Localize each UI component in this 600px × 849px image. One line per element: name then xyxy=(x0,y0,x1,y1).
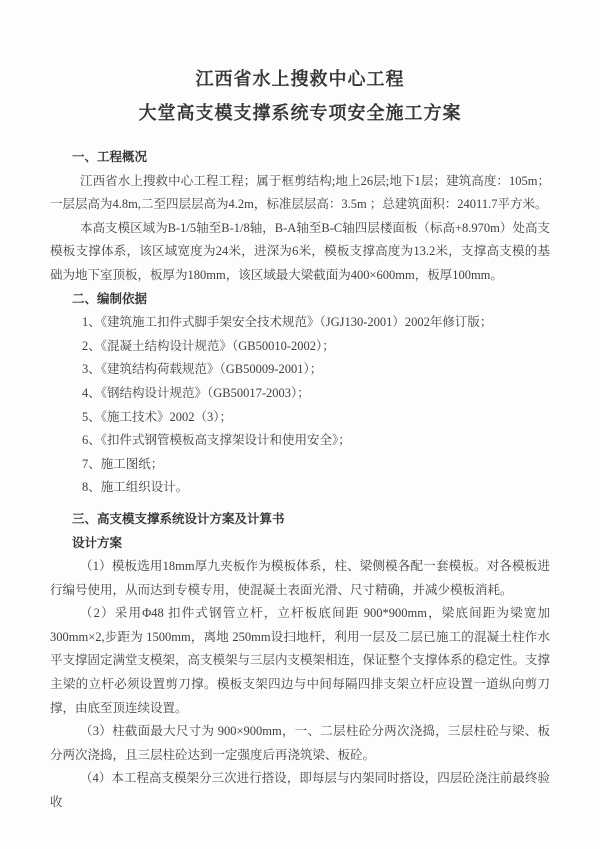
reference-item-5: 5、《施工技术》2002（3）； xyxy=(50,406,550,430)
project-overview-paragraph-1: 江西省水上搜救中心工程工程；属于框剪结构;地上26层;地下1层；建筑高度：105… xyxy=(50,170,550,217)
document-title: 江西省水上搜救中心工程 xyxy=(0,62,600,96)
document-subtitle: 大堂高支模支撑系统专项安全施工方案 xyxy=(0,96,600,130)
section-1-heading: 一、工程概况 xyxy=(50,146,550,170)
document-title-block: 江西省水上搜救中心工程 大堂高支模支撑系统专项安全施工方案 xyxy=(0,62,600,130)
reference-item-2: 2、《混凝土结构设计规范》（GB50010-2002）； xyxy=(50,335,550,359)
document-body: 一、工程概况 江西省水上搜救中心工程工程；属于框剪结构;地上26层;地下1层；建… xyxy=(50,146,550,815)
reference-item-3: 3、《建筑结构荷载规范》（GB50009-2001）； xyxy=(50,358,550,382)
section-3-heading: 三、高支模支撑系统设计方案及计算书 xyxy=(50,508,550,532)
reference-item-1: 1、《建筑施工扣件式脚手架安全技术规范》（JGJ130-2001）2002年修订… xyxy=(50,311,550,335)
reference-item-8: 8、施工组织设计。 xyxy=(50,476,550,500)
design-scheme-paragraph-1: （1）模板选用18mm厚九夹板作为模板体系，柱、梁侧模各配一套模板。对各模板进行… xyxy=(50,555,550,602)
design-scheme-paragraph-4: （4）本工程高支模架分三次进行搭设，即每层与内架同时搭设，四层砼浇注前最终验收 xyxy=(50,767,550,814)
reference-item-7: 7、施工图纸； xyxy=(50,453,550,477)
design-scheme-paragraph-3: （3）柱截面最大尺寸为 900×900mm，一、二层柱砼分两次浇捣，三层柱砼与梁… xyxy=(50,720,550,767)
reference-item-6: 6、《扣件式钢管模板高支撑架设计和使用安全》； xyxy=(50,429,550,453)
document-page: 江西省水上搜救中心工程 大堂高支模支撑系统专项安全施工方案 一、工程概况 江西省… xyxy=(0,0,600,849)
project-overview-paragraph-2: 本高支模区域为B-1/5轴至B-1/8轴，B-A轴至B-C轴四层楼面板（标高+8… xyxy=(50,217,550,288)
section-2-heading: 二、编制依据 xyxy=(50,288,550,312)
design-scheme-subheading: 设计方案 xyxy=(50,532,550,556)
reference-item-4: 4、《钢结构设计规范》（GB50017-2003）； xyxy=(50,382,550,406)
design-scheme-paragraph-2: （2）采用Φ48 扣件式钢管立杆，立杆板底间距 900*900mm，梁底间距为梁… xyxy=(50,602,550,720)
